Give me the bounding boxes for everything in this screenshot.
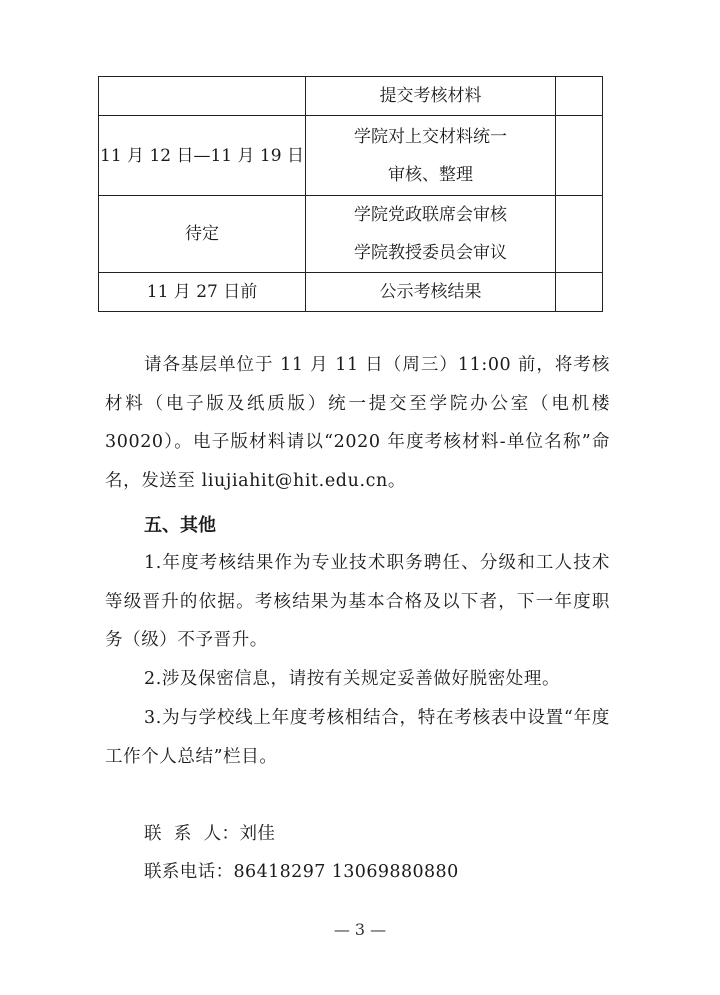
task-line: 审核、整理 bbox=[306, 156, 555, 194]
contact-person-name: 刘佳 bbox=[239, 824, 275, 844]
table-row: 提交考核材料 bbox=[99, 77, 603, 116]
date-cell: 待定 bbox=[99, 196, 306, 273]
date-cell bbox=[99, 77, 306, 116]
document-page: 提交考核材料 11 月 12 日—11 月 19 日 学院对上交材料统一 审核、… bbox=[0, 0, 720, 995]
table-row: 11 月 12 日—11 月 19 日 学院对上交材料统一 审核、整理 bbox=[99, 116, 603, 196]
task-line: 学院党政联席会审核 bbox=[306, 196, 555, 234]
contact-phone-label: 联系电话： bbox=[144, 862, 234, 882]
contact-phone-row: 联系电话：86418297 13069880880 bbox=[144, 853, 459, 891]
task-line: 提交考核材料 bbox=[306, 77, 555, 115]
contact-phone-number: 86418297 13069880880 bbox=[234, 862, 459, 882]
note-cell bbox=[556, 77, 603, 116]
page-number: — 3 — bbox=[0, 920, 720, 939]
table-row: 11 月 27 日前 公示考核结果 bbox=[99, 273, 603, 312]
section-item-1: 1.年度考核结果作为专业技术职务聘任、分级和工人技术等级晋升的依据。考核结果为基… bbox=[105, 544, 610, 660]
task-line: 学院教授委员会审议 bbox=[306, 234, 555, 272]
task-line: 公示考核结果 bbox=[306, 273, 555, 311]
task-line: 学院对上交材料统一 bbox=[306, 118, 555, 156]
table-row: 待定 学院党政联席会审核 学院教授委员会审议 bbox=[99, 196, 603, 273]
section-heading: 五、其他 bbox=[144, 507, 216, 545]
note-cell bbox=[556, 116, 603, 196]
note-cell bbox=[556, 196, 603, 273]
task-cell: 提交考核材料 bbox=[306, 77, 556, 116]
date-cell: 11 月 27 日前 bbox=[99, 273, 306, 312]
task-cell: 公示考核结果 bbox=[306, 273, 556, 312]
task-cell: 学院对上交材料统一 审核、整理 bbox=[306, 116, 556, 196]
contact-person-row: 联 系 人：刘佳 bbox=[144, 815, 275, 853]
task-cell: 学院党政联席会审核 学院教授委员会审议 bbox=[306, 196, 556, 273]
contact-person-label: 联 系 人： bbox=[144, 824, 239, 844]
schedule-table: 提交考核材料 11 月 12 日—11 月 19 日 学院对上交材料统一 审核、… bbox=[98, 76, 603, 312]
date-cell: 11 月 12 日—11 月 19 日 bbox=[99, 116, 306, 196]
note-cell bbox=[556, 273, 603, 312]
submission-paragraph: 请各基层单位于 11 月 11 日（周三）11:00 前，将考核材料（电子版及纸… bbox=[105, 346, 610, 500]
section-item-3: 3.为与学校线上年度考核相结合，特在考核表中设置“年度工作个人总结”栏目。 bbox=[105, 699, 610, 776]
section-item-2: 2.涉及保密信息，请按有关规定妥善做好脱密处理。 bbox=[105, 660, 610, 699]
